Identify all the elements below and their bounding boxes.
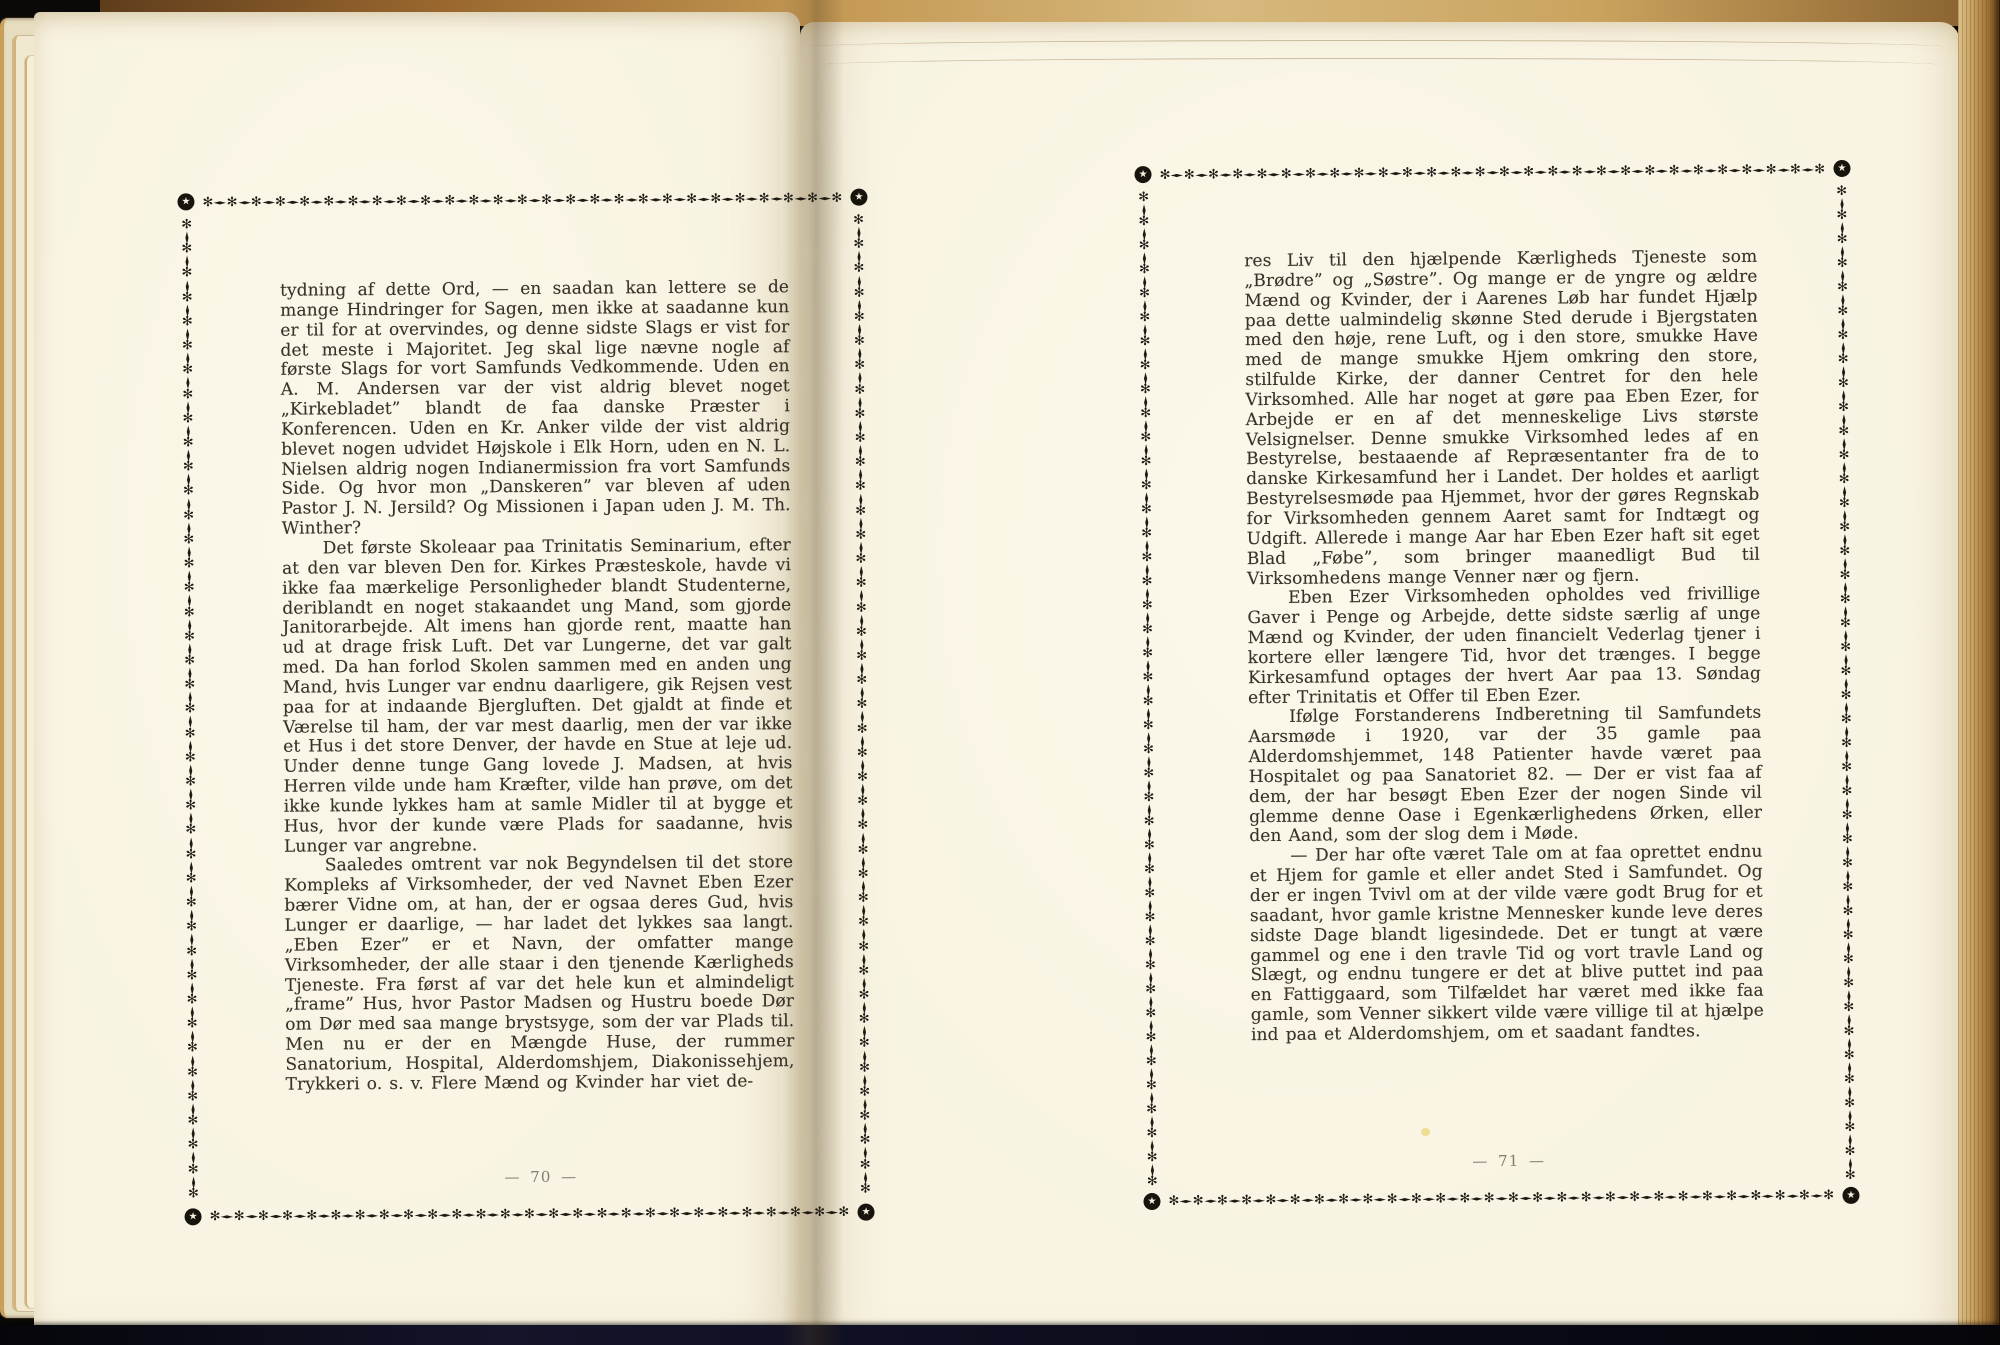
lens-icon: ◆ (414, 1213, 427, 1217)
lens-icon: ◆ (1841, 315, 1844, 332)
lens-icon: ◆ (1148, 873, 1151, 890)
flower-icon: ✻ (783, 192, 794, 205)
paragraph: tydning af dette Ord, — en saadan kan le… (280, 278, 791, 540)
flower-icon: ✻ (1629, 1190, 1640, 1203)
lens-icon: ◆ (187, 568, 190, 585)
lens-icon: ◆ (858, 321, 861, 338)
lens-icon: ◆ (1145, 489, 1148, 506)
flower-icon: ✻ (1532, 1191, 1543, 1204)
lens-icon: ◆ (511, 1212, 524, 1216)
lens-icon: ◆ (480, 198, 493, 202)
lens-icon: ◆ (463, 1212, 476, 1216)
lens-icon: ◆ (1843, 483, 1846, 500)
lens-icon: ◆ (1143, 297, 1146, 314)
lens-icon: ◆ (1148, 897, 1151, 914)
lens-icon: ◆ (552, 198, 565, 202)
lens-icon: ◆ (1848, 1107, 1851, 1124)
lens-icon: ◆ (186, 326, 189, 343)
lens-icon: ◆ (722, 196, 735, 200)
lens-icon: ◆ (1728, 168, 1741, 172)
lens-icon: ◆ (1268, 172, 1281, 176)
lens-icon: ◆ (1848, 1059, 1851, 1076)
lens-icon: ◆ (770, 196, 783, 200)
lens-icon: ◆ (186, 350, 189, 367)
lens-icon: ◆ (1471, 1196, 1484, 1200)
lens-icon: ◆ (189, 762, 192, 779)
flower-icon: ✻ (1596, 165, 1607, 178)
flower-icon: ✻ (548, 1207, 559, 1220)
lens-icon: ◆ (1147, 777, 1150, 794)
lens-icon: ◆ (1150, 1137, 1153, 1154)
lens-icon: ◆ (1713, 1194, 1726, 1198)
lens-icon: ◆ (1848, 1131, 1851, 1148)
flower-icon: ✻ (323, 195, 334, 208)
lens-icon: ◆ (861, 733, 864, 750)
lens-icon: ◆ (1842, 411, 1845, 428)
lens-icon: ◆ (1243, 172, 1256, 176)
lens-icon: ◆ (1316, 171, 1329, 175)
flower-icon: ✻ (1547, 165, 1558, 178)
flower-icon: ✻ (1378, 166, 1389, 179)
page-number-70: — 70 — (286, 1166, 795, 1188)
lens-icon: ◆ (1365, 171, 1378, 175)
flower-icon: ✻ (717, 1206, 728, 1219)
flower-icon: ✻ (379, 1208, 390, 1221)
lens-icon: ◆ (601, 197, 614, 201)
flower-icon: ✻ (1669, 164, 1680, 177)
lens-icon: ◆ (1845, 747, 1848, 764)
flower-icon: ✻ (1241, 1194, 1252, 1207)
flower-icon: ✻ (814, 1205, 825, 1218)
flower-icon: ✻ (1184, 168, 1195, 181)
lens-icon: ◆ (1777, 167, 1790, 171)
lens-icon: ◆ (1145, 513, 1148, 530)
lens-icon: ◆ (310, 199, 323, 203)
lens-icon: ◆ (1195, 172, 1208, 176)
lens-icon: ◆ (858, 345, 861, 362)
lens-icon: ◆ (1847, 939, 1850, 956)
flower-icon: ✻ (251, 195, 262, 208)
lens-icon: ◆ (1519, 1196, 1532, 1200)
lens-icon: ◆ (1144, 465, 1147, 482)
lens-icon: ◆ (1292, 172, 1305, 176)
lens-icon: ◆ (191, 1052, 194, 1069)
lens-icon: ◆ (1148, 825, 1151, 842)
lens-icon: ◆ (1568, 1195, 1581, 1199)
lens-icon: ◆ (1607, 169, 1620, 173)
flower-icon: ✻ (500, 1208, 511, 1221)
lens-icon: ◆ (456, 198, 469, 202)
lens-icon: ◆ (862, 878, 865, 895)
lens-icon: ◆ (656, 1211, 669, 1215)
flower-icon: ✻ (427, 1208, 438, 1221)
lens-icon: ◆ (1144, 417, 1147, 434)
lens-icon: ◆ (862, 926, 865, 943)
lens-icon: ◆ (191, 1028, 194, 1045)
lens-icon: ◆ (1849, 1155, 1852, 1172)
lens-icon: ◆ (1144, 441, 1147, 458)
lens-icon: ◆ (859, 539, 862, 556)
flower-icon: ✻ (1678, 1190, 1689, 1203)
lens-icon: ◆ (860, 636, 863, 653)
flower-icon: ✻ (1693, 164, 1704, 177)
flower-icon: ✻ (565, 193, 576, 206)
lens-icon: ◆ (858, 297, 861, 314)
lens-icon: ◆ (857, 272, 860, 289)
paragraph: Eben Ezer Virksomheden opholdes ved friv… (1247, 585, 1761, 709)
corner-star-icon: ★ (1143, 1193, 1160, 1210)
lens-icon: ◆ (818, 196, 831, 200)
flower-icon: ✻ (420, 194, 431, 207)
lens-icon: ◆ (1843, 531, 1846, 548)
lens-icon: ◆ (238, 200, 251, 204)
lens-icon: ◆ (673, 197, 686, 201)
lens-icon: ◆ (188, 713, 191, 730)
flower-icon: ✻ (1208, 168, 1219, 181)
lens-icon: ◆ (1534, 169, 1547, 173)
right-text-column: res Liv til den hjælpende Kærligheds Tje… (1244, 248, 1764, 1046)
lens-icon: ◆ (1144, 393, 1147, 410)
lens-icon: ◆ (293, 1213, 306, 1217)
lens-icon: ◆ (1841, 243, 1844, 260)
lens-icon: ◆ (1845, 699, 1848, 716)
lens-icon: ◆ (188, 592, 191, 609)
lens-icon: ◆ (214, 200, 227, 204)
lens-icon: ◆ (1340, 171, 1353, 175)
lens-icon: ◆ (860, 587, 863, 604)
page-curve-line (820, 58, 1940, 73)
flower-icon: ✻ (669, 1206, 680, 1219)
lens-icon: ◆ (859, 563, 862, 580)
lens-icon: ◆ (1150, 1113, 1153, 1130)
lens-icon: ◆ (1846, 819, 1849, 836)
flower-icon: ✻ (790, 1206, 801, 1219)
lens-icon: ◆ (861, 805, 864, 822)
lens-icon: ◆ (858, 369, 861, 386)
lens-icon: ◆ (857, 248, 860, 265)
lens-icon: ◆ (1656, 168, 1669, 172)
lens-icon: ◆ (1841, 291, 1844, 308)
lens-icon: ◆ (187, 544, 190, 561)
flower-icon: ✻ (735, 192, 746, 205)
flower-icon: ✻ (686, 192, 697, 205)
lens-icon: ◆ (1301, 1198, 1314, 1202)
lens-icon: ◆ (1842, 435, 1845, 452)
flower-icon: ✻ (1450, 166, 1461, 179)
flower-icon: ✻ (258, 1209, 269, 1222)
lens-icon: ◆ (861, 757, 864, 774)
flower-icon: ✻ (1499, 165, 1510, 178)
flower-icon: ✻ (1305, 167, 1316, 180)
lens-icon: ◆ (1842, 459, 1845, 476)
flower-icon: ✻ (589, 193, 600, 206)
lens-icon: ◆ (185, 277, 188, 294)
lens-icon: ◆ (187, 495, 190, 512)
lens-icon: ◆ (649, 197, 662, 201)
lens-icon: ◆ (187, 519, 190, 536)
lens-icon: ◆ (186, 422, 189, 439)
lens-icon: ◆ (1810, 1193, 1823, 1197)
lens-icon: ◆ (1841, 267, 1844, 284)
flower-icon: ✻ (282, 1209, 293, 1222)
flower-icon: ✻ (710, 192, 721, 205)
lens-icon: ◆ (189, 786, 192, 803)
flower-icon: ✻ (210, 1210, 221, 1223)
lens-icon: ◆ (1146, 609, 1149, 626)
lens-icon: ◆ (317, 1213, 330, 1217)
lens-icon: ◆ (863, 1144, 866, 1161)
corner-star-icon: ★ (184, 1208, 201, 1225)
flower-icon: ✻ (1605, 1190, 1616, 1203)
lens-icon: ◆ (584, 1211, 597, 1215)
flower-icon: ✻ (396, 194, 407, 207)
flower-icon: ✻ (807, 191, 818, 204)
flower-icon: ✻ (444, 194, 455, 207)
lens-icon: ◆ (191, 1125, 194, 1142)
lens-icon: ◆ (286, 199, 299, 203)
lens-icon: ◆ (1146, 657, 1149, 674)
lens-icon: ◆ (1149, 945, 1152, 962)
lens-icon: ◆ (863, 1096, 866, 1113)
flower-icon: ✻ (1387, 1192, 1398, 1205)
lens-icon: ◆ (431, 198, 444, 202)
lens-icon: ◆ (189, 858, 192, 875)
flower-icon: ✻ (451, 1208, 462, 1221)
lens-icon: ◆ (487, 1212, 500, 1216)
lens-icon: ◆ (1422, 1196, 1435, 1200)
lens-icon: ◆ (1219, 172, 1232, 176)
flower-icon: ✻ (1523, 165, 1534, 178)
lens-icon: ◆ (1325, 1197, 1338, 1201)
lens-icon: ◆ (1510, 170, 1523, 174)
lens-icon: ◆ (1704, 168, 1717, 172)
corner-star-icon: ★ (850, 189, 867, 206)
flower-icon: ✻ (1232, 168, 1243, 181)
flower-icon: ✻ (1484, 1192, 1495, 1205)
lens-icon: ◆ (189, 834, 192, 851)
flower-icon: ✻ (742, 1206, 753, 1219)
lens-icon: ◆ (859, 442, 862, 459)
lens-icon: ◆ (187, 471, 190, 488)
lens-icon: ◆ (863, 1047, 866, 1064)
lens-icon: ◆ (186, 374, 189, 391)
lens-icon: ◆ (1147, 729, 1150, 746)
flower-icon: ✻ (1265, 1193, 1276, 1206)
lens-icon: ◆ (1147, 753, 1150, 770)
lens-icon: ◆ (191, 1076, 194, 1093)
lens-icon: ◆ (1143, 345, 1146, 362)
lens-icon: ◆ (185, 253, 188, 270)
lens-icon: ◆ (1847, 963, 1850, 980)
lens-icon: ◆ (191, 1101, 194, 1118)
lens-icon: ◆ (680, 1211, 693, 1215)
lens-icon: ◆ (185, 229, 188, 246)
flower-icon: ✻ (234, 1209, 245, 1222)
lens-icon: ◆ (1843, 555, 1846, 572)
lens-icon: ◆ (1843, 579, 1846, 596)
lens-icon: ◆ (188, 689, 191, 706)
flower-icon: ✻ (275, 195, 286, 208)
lens-icon: ◆ (801, 1210, 814, 1214)
lens-icon: ◆ (1146, 681, 1149, 698)
flower-icon: ✻ (1353, 167, 1364, 180)
lens-icon: ◆ (1737, 1194, 1750, 1198)
lens-icon: ◆ (1252, 1198, 1265, 1202)
flower-icon: ✻ (1799, 1189, 1810, 1202)
lens-icon: ◆ (1847, 1035, 1850, 1052)
flower-icon: ✻ (1741, 163, 1752, 176)
lens-icon: ◆ (1462, 170, 1475, 174)
flower-icon: ✻ (1475, 166, 1486, 179)
flower-icon: ✻ (372, 194, 383, 207)
lens-icon: ◆ (862, 999, 865, 1016)
flower-icon: ✻ (348, 195, 359, 208)
corner-star-icon: ★ (857, 1204, 874, 1221)
flower-icon: ✻ (621, 1207, 632, 1220)
flower-icon: ✻ (766, 1206, 777, 1219)
flower-icon: ✻ (1459, 1192, 1470, 1205)
lens-icon: ◆ (697, 197, 710, 201)
lens-icon: ◆ (1680, 168, 1693, 172)
flower-icon: ✻ (1159, 168, 1170, 181)
flower-icon: ✻ (202, 196, 213, 209)
lens-icon: ◆ (383, 199, 396, 203)
lens-icon: ◆ (1845, 795, 1848, 812)
flower-icon: ✻ (645, 1207, 656, 1220)
flower-icon: ✻ (517, 193, 528, 206)
lens-icon: ◆ (1762, 1194, 1775, 1198)
flower-icon: ✻ (1644, 164, 1655, 177)
lens-icon: ◆ (1171, 173, 1184, 177)
paragraph: res Liv til den hjælpende Kærligheds Tje… (1244, 248, 1760, 590)
flower-icon: ✻ (662, 192, 673, 205)
lens-icon: ◆ (1486, 170, 1499, 174)
lens-icon: ◆ (1543, 1195, 1556, 1199)
flower-icon: ✻ (1256, 167, 1267, 180)
flower-icon: ✻ (1766, 163, 1777, 176)
lens-icon: ◆ (1389, 171, 1402, 175)
flower-icon: ✻ (1750, 1189, 1761, 1202)
lens-icon: ◆ (1847, 1011, 1850, 1028)
lens-icon: ◆ (862, 975, 865, 992)
lens-icon: ◆ (1846, 843, 1849, 860)
lens-icon: ◆ (608, 1211, 621, 1215)
lens-icon: ◆ (186, 301, 189, 318)
flower-icon: ✻ (524, 1207, 535, 1220)
lens-icon: ◆ (858, 418, 861, 435)
lens-icon: ◆ (704, 1211, 717, 1215)
lens-icon: ◆ (864, 1169, 867, 1186)
lens-icon: ◆ (777, 1210, 790, 1214)
lens-icon: ◆ (794, 196, 807, 200)
lens-icon: ◆ (1616, 1195, 1629, 1199)
lens-icon: ◆ (857, 224, 860, 241)
flower-icon: ✻ (1435, 1192, 1446, 1205)
lens-icon: ◆ (861, 829, 864, 846)
flower-icon: ✻ (1338, 1193, 1349, 1206)
lens-icon: ◆ (1143, 273, 1146, 290)
lens-icon: ◆ (1148, 921, 1151, 938)
lens-icon: ◆ (190, 979, 193, 996)
lens-icon: ◆ (625, 197, 638, 201)
lens-icon: ◆ (1844, 651, 1847, 668)
flower-icon: ✻ (306, 1209, 317, 1222)
lens-icon: ◆ (861, 854, 864, 871)
lens-icon: ◆ (1845, 771, 1848, 788)
lens-icon: ◆ (1144, 369, 1147, 386)
lens-icon: ◆ (862, 951, 865, 968)
lens-icon: ◆ (189, 737, 192, 754)
left-page-content: ✻◆✻◆✻◆✻◆✻◆✻◆✻◆✻◆✻◆✻◆✻◆✻◆✻◆✻◆✻◆✻◆✻◆✻◆✻◆✻◆… (186, 198, 865, 1217)
corner-star-icon: ★ (1833, 160, 1850, 177)
lens-icon: ◆ (1583, 169, 1596, 173)
lens-icon: ◆ (190, 931, 193, 948)
paragraph: Det første Skoleaar paa Trinitatis Semin… (282, 536, 793, 857)
lens-icon: ◆ (1149, 993, 1152, 1010)
lens-icon: ◆ (1150, 1065, 1153, 1082)
lens-icon: ◆ (1446, 1196, 1459, 1200)
flower-icon: ✻ (1290, 1193, 1301, 1206)
lens-icon: ◆ (528, 198, 541, 202)
flower-icon: ✻ (838, 1205, 849, 1218)
lens-icon: ◆ (188, 640, 191, 657)
lens-icon: ◆ (192, 1173, 195, 1190)
page-curve-line (806, 40, 1946, 55)
lens-icon: ◆ (245, 1214, 258, 1218)
corner-star-icon: ★ (177, 193, 194, 210)
flower-icon: ✻ (541, 193, 552, 206)
lens-icon: ◆ (1846, 891, 1849, 908)
lens-icon: ◆ (1204, 1198, 1217, 1202)
lens-icon: ◆ (1150, 1089, 1153, 1106)
lens-icon: ◆ (438, 1212, 451, 1216)
lens-icon: ◆ (1398, 1197, 1411, 1201)
lens-icon: ◆ (1841, 339, 1844, 356)
flower-icon: ✻ (468, 194, 479, 207)
lens-icon: ◆ (190, 1004, 193, 1021)
lens-icon: ◆ (407, 199, 420, 203)
flower-icon: ✻ (638, 193, 649, 206)
lens-icon: ◆ (1148, 849, 1151, 866)
flower-icon: ✻ (1653, 1190, 1664, 1203)
flower-icon: ✻ (1790, 163, 1801, 176)
lens-icon: ◆ (1151, 1161, 1154, 1178)
lens-icon: ◆ (860, 660, 863, 677)
lens-icon: ◆ (189, 810, 192, 827)
lens-icon: ◆ (863, 1120, 866, 1137)
lens-icon: ◆ (1495, 1196, 1508, 1200)
flower-icon: ✻ (330, 1209, 341, 1222)
lens-icon: ◆ (825, 1210, 838, 1214)
lens-icon: ◆ (1592, 1195, 1605, 1199)
lens-icon: ◆ (186, 398, 189, 415)
paragraph: Ifølge Forstanderens Indberetning til Sa… (1248, 704, 1762, 847)
flower-icon: ✻ (1193, 1194, 1204, 1207)
flower-icon: ✻ (693, 1206, 704, 1219)
lens-icon: ◆ (860, 612, 863, 629)
lens-icon: ◆ (1143, 249, 1146, 266)
lens-icon: ◆ (862, 902, 865, 919)
flower-icon: ✻ (614, 193, 625, 206)
lens-icon: ◆ (860, 708, 863, 725)
flower-icon: ✻ (759, 192, 770, 205)
lens-icon: ◆ (576, 197, 589, 201)
lens-icon: ◆ (342, 1213, 355, 1217)
lens-icon: ◆ (188, 616, 191, 633)
left-text-column: tydning af dette Ord, — en saadan kan le… (280, 278, 795, 1095)
flower-icon: ✻ (596, 1207, 607, 1220)
lens-icon: ◆ (1846, 915, 1849, 932)
